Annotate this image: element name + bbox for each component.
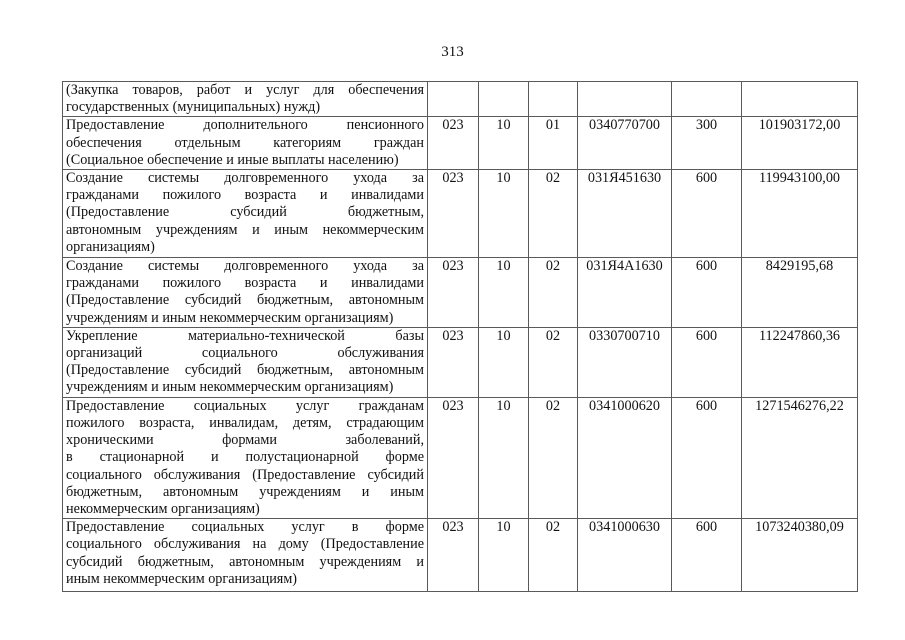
description-line: Предоставление социальных услуг в форме — [66, 519, 424, 536]
amount-value: 8429195,68 — [742, 258, 858, 328]
grbs-code: 023 — [428, 397, 479, 518]
description-line: государственных (муниципальных) нужд) — [66, 99, 424, 116]
table-row: Укрепление материально-технической базыо… — [63, 327, 858, 397]
section-code — [479, 82, 529, 117]
description-line: учреждениям и иным некоммерческим органи… — [66, 379, 424, 396]
target-article-code: 0341000630 — [578, 519, 672, 592]
description-line: автономным учреждениям и иным некоммерче… — [66, 222, 424, 239]
description-line: (Предоставление субсидий бюджетным, — [66, 204, 424, 221]
subsection-code — [529, 82, 578, 117]
expense-description: Предоставление социальных услуг в формес… — [63, 519, 428, 592]
budget-table: (Закупка товаров, работ и услуг для обес… — [62, 81, 858, 592]
description-line: социального обслуживания на дому (Предос… — [66, 536, 424, 553]
description-line: организациям) — [66, 239, 424, 256]
amount-value: 112247860,36 — [742, 327, 858, 397]
section-code: 10 — [479, 397, 529, 518]
subsection-code: 02 — [529, 258, 578, 328]
expense-type-code: 600 — [672, 170, 742, 258]
expense-description: Укрепление материально-технической базыо… — [63, 327, 428, 397]
target-article-code: 0340770700 — [578, 117, 672, 170]
expense-type-code — [672, 82, 742, 117]
table-row: (Закупка товаров, работ и услуг для обес… — [63, 82, 858, 117]
description-line: Предоставление дополнительного пенсионно… — [66, 117, 424, 134]
description-line: иным некоммерческим организациям) — [66, 571, 424, 588]
target-article-code: 0341000620 — [578, 397, 672, 518]
section-code: 10 — [479, 327, 529, 397]
grbs-code: 023 — [428, 519, 479, 592]
description-line: гражданами пожилого возраста и инвалидам… — [66, 275, 424, 292]
expense-description: Предоставление дополнительного пенсионно… — [63, 117, 428, 170]
expense-description: Предоставление социальных услуг граждана… — [63, 397, 428, 518]
description-line: хроническими формами заболеваний, — [66, 432, 424, 449]
expense-description: Создание системы долговременного ухода з… — [63, 258, 428, 328]
description-line: (Предоставление субсидий бюджетным, авто… — [66, 292, 424, 309]
description-line: Создание системы долговременного ухода з… — [66, 170, 424, 187]
amount-value: 101903172,00 — [742, 117, 858, 170]
description-line: (Закупка товаров, работ и услуг для обес… — [66, 82, 424, 99]
target-article-code: 0330700710 — [578, 327, 672, 397]
budget-table-body: (Закупка товаров, работ и услуг для обес… — [63, 82, 858, 592]
grbs-code: 023 — [428, 327, 479, 397]
expense-type-code: 600 — [672, 397, 742, 518]
expense-type-code: 600 — [672, 258, 742, 328]
section-code: 10 — [479, 170, 529, 258]
description-line: (Предоставление субсидий бюджетным, авто… — [66, 362, 424, 379]
grbs-code: 023 — [428, 258, 479, 328]
amount-value: 1271546276,22 — [742, 397, 858, 518]
expense-type-code: 600 — [672, 327, 742, 397]
subsection-code: 02 — [529, 519, 578, 592]
amount-value: 1073240380,09 — [742, 519, 858, 592]
table-row: Предоставление социальных услуг граждана… — [63, 397, 858, 518]
description-line: социального обслуживания (Предоставление… — [66, 467, 424, 484]
table-row: Предоставление социальных услуг в формес… — [63, 519, 858, 592]
description-line: гражданами пожилого возраста и инвалидам… — [66, 187, 424, 204]
description-line: Создание системы долговременного ухода з… — [66, 258, 424, 275]
description-line: (Социальное обеспечение и иные выплаты н… — [66, 152, 424, 169]
table-row: Предоставление дополнительного пенсионно… — [63, 117, 858, 170]
description-line: организаций социального обслуживания — [66, 345, 424, 362]
target-article-code — [578, 82, 672, 117]
subsection-code: 02 — [529, 397, 578, 518]
description-line: в стационарной и полустационарной форме — [66, 449, 424, 466]
section-code: 10 — [479, 519, 529, 592]
description-line: учреждениям и иным некоммерческим органи… — [66, 310, 424, 327]
amount-value: 119943100,00 — [742, 170, 858, 258]
target-article-code: 031Я4А1630 — [578, 258, 672, 328]
description-line: бюджетным, автономным учреждениям и иным — [66, 484, 424, 501]
amount-value — [742, 82, 858, 117]
expense-description: Создание системы долговременного ухода з… — [63, 170, 428, 258]
description-line: пожилого возраста, инвалидам, детям, стр… — [66, 415, 424, 432]
target-article-code: 031Я451630 — [578, 170, 672, 258]
expense-type-code: 300 — [672, 117, 742, 170]
expense-type-code: 600 — [672, 519, 742, 592]
section-code: 10 — [479, 117, 529, 170]
description-line: обеспечения отдельным категориям граждан — [66, 135, 424, 152]
table-row: Создание системы долговременного ухода з… — [63, 170, 858, 258]
expense-description: (Закупка товаров, работ и услуг для обес… — [63, 82, 428, 117]
description-line: Предоставление социальных услуг граждана… — [66, 398, 424, 415]
subsection-code: 02 — [529, 327, 578, 397]
description-line: некоммерческим организациям) — [66, 501, 424, 518]
page-number: 313 — [0, 44, 905, 61]
table-row: Создание системы долговременного ухода з… — [63, 258, 858, 328]
description-line: Укрепление материально-технической базы — [66, 328, 424, 345]
section-code: 10 — [479, 258, 529, 328]
grbs-code: 023 — [428, 117, 479, 170]
subsection-code: 02 — [529, 170, 578, 258]
description-line: субсидий бюджетным, автономным учреждени… — [66, 554, 424, 571]
grbs-code — [428, 82, 479, 117]
subsection-code: 01 — [529, 117, 578, 170]
grbs-code: 023 — [428, 170, 479, 258]
